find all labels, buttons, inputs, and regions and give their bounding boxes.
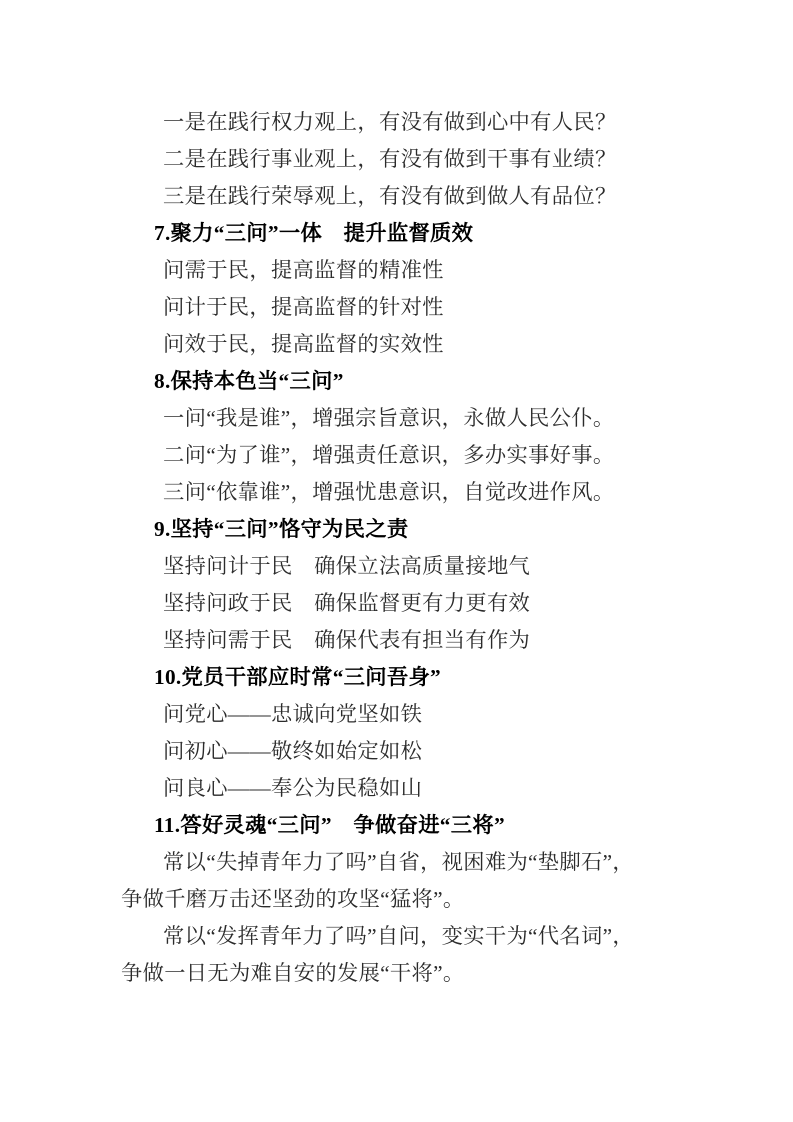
intro-line-1: 一是在践行权力观上，有没有做到心中有人民？ (121, 104, 701, 141)
section-11-paragraph-2-line-1: 常以“发挥青年力了吗”自问，变实干为“代名词”， (121, 918, 701, 955)
section-8-heading: 8.保持本色当“三问” (121, 363, 701, 400)
section-8-item-3: 三问“依靠谁”，增强忧患意识，自觉改进作风。 (121, 474, 701, 511)
intro-line-2: 二是在践行事业观上，有没有做到干事有业绩？ (121, 141, 701, 178)
section-11-paragraph-2-line-2: 争做一日无为难自安的发展“干将”。 (121, 955, 701, 992)
section-7-item-1: 问需于民，提高监督的精准性 (121, 252, 701, 289)
section-8-item-1: 一问“我是谁”，增强宗旨意识，永做人民公仆。 (121, 400, 701, 437)
document-content: 一是在践行权力观上，有没有做到心中有人民？ 二是在践行事业观上，有没有做到干事有… (121, 104, 701, 992)
section-10-heading: 10.党员干部应时常“三问吾身” (121, 659, 701, 696)
section-7-item-2: 问计于民，提高监督的针对性 (121, 289, 701, 326)
section-9-item-2: 坚持问政于民 确保监督更有力更有效 (121, 585, 701, 622)
section-10-item-2: 问初心——敬终如始定如松 (121, 733, 701, 770)
section-8-item-2: 二问“为了谁”，增强责任意识，多办实事好事。 (121, 437, 701, 474)
section-11-paragraph-1-line-1: 常以“失掉青年力了吗”自省，视困难为“垫脚石”， (121, 844, 701, 881)
section-9-item-1: 坚持问计于民 确保立法高质量接地气 (121, 548, 701, 585)
section-11-paragraph-1-line-2: 争做千磨万击还坚劲的攻坚“猛将”。 (121, 881, 701, 918)
section-9-heading: 9.坚持“三问”恪守为民之责 (121, 511, 701, 548)
section-11-heading: 11.答好灵魂“三问” 争做奋进“三将” (121, 807, 701, 844)
document-page: 一是在践行权力观上，有没有做到心中有人民？ 二是在践行事业观上，有没有做到干事有… (0, 0, 793, 1122)
section-7-item-3: 问效于民，提高监督的实效性 (121, 326, 701, 363)
section-7-heading: 7.聚力“三问”一体 提升监督质效 (121, 215, 701, 252)
intro-line-3: 三是在践行荣辱观上，有没有做到做人有品位？ (121, 178, 701, 215)
section-10-item-1: 问党心——忠诚向党坚如铁 (121, 696, 701, 733)
section-9-item-3: 坚持问需于民 确保代表有担当有作为 (121, 622, 701, 659)
section-10-item-3: 问良心——奉公为民稳如山 (121, 770, 701, 807)
